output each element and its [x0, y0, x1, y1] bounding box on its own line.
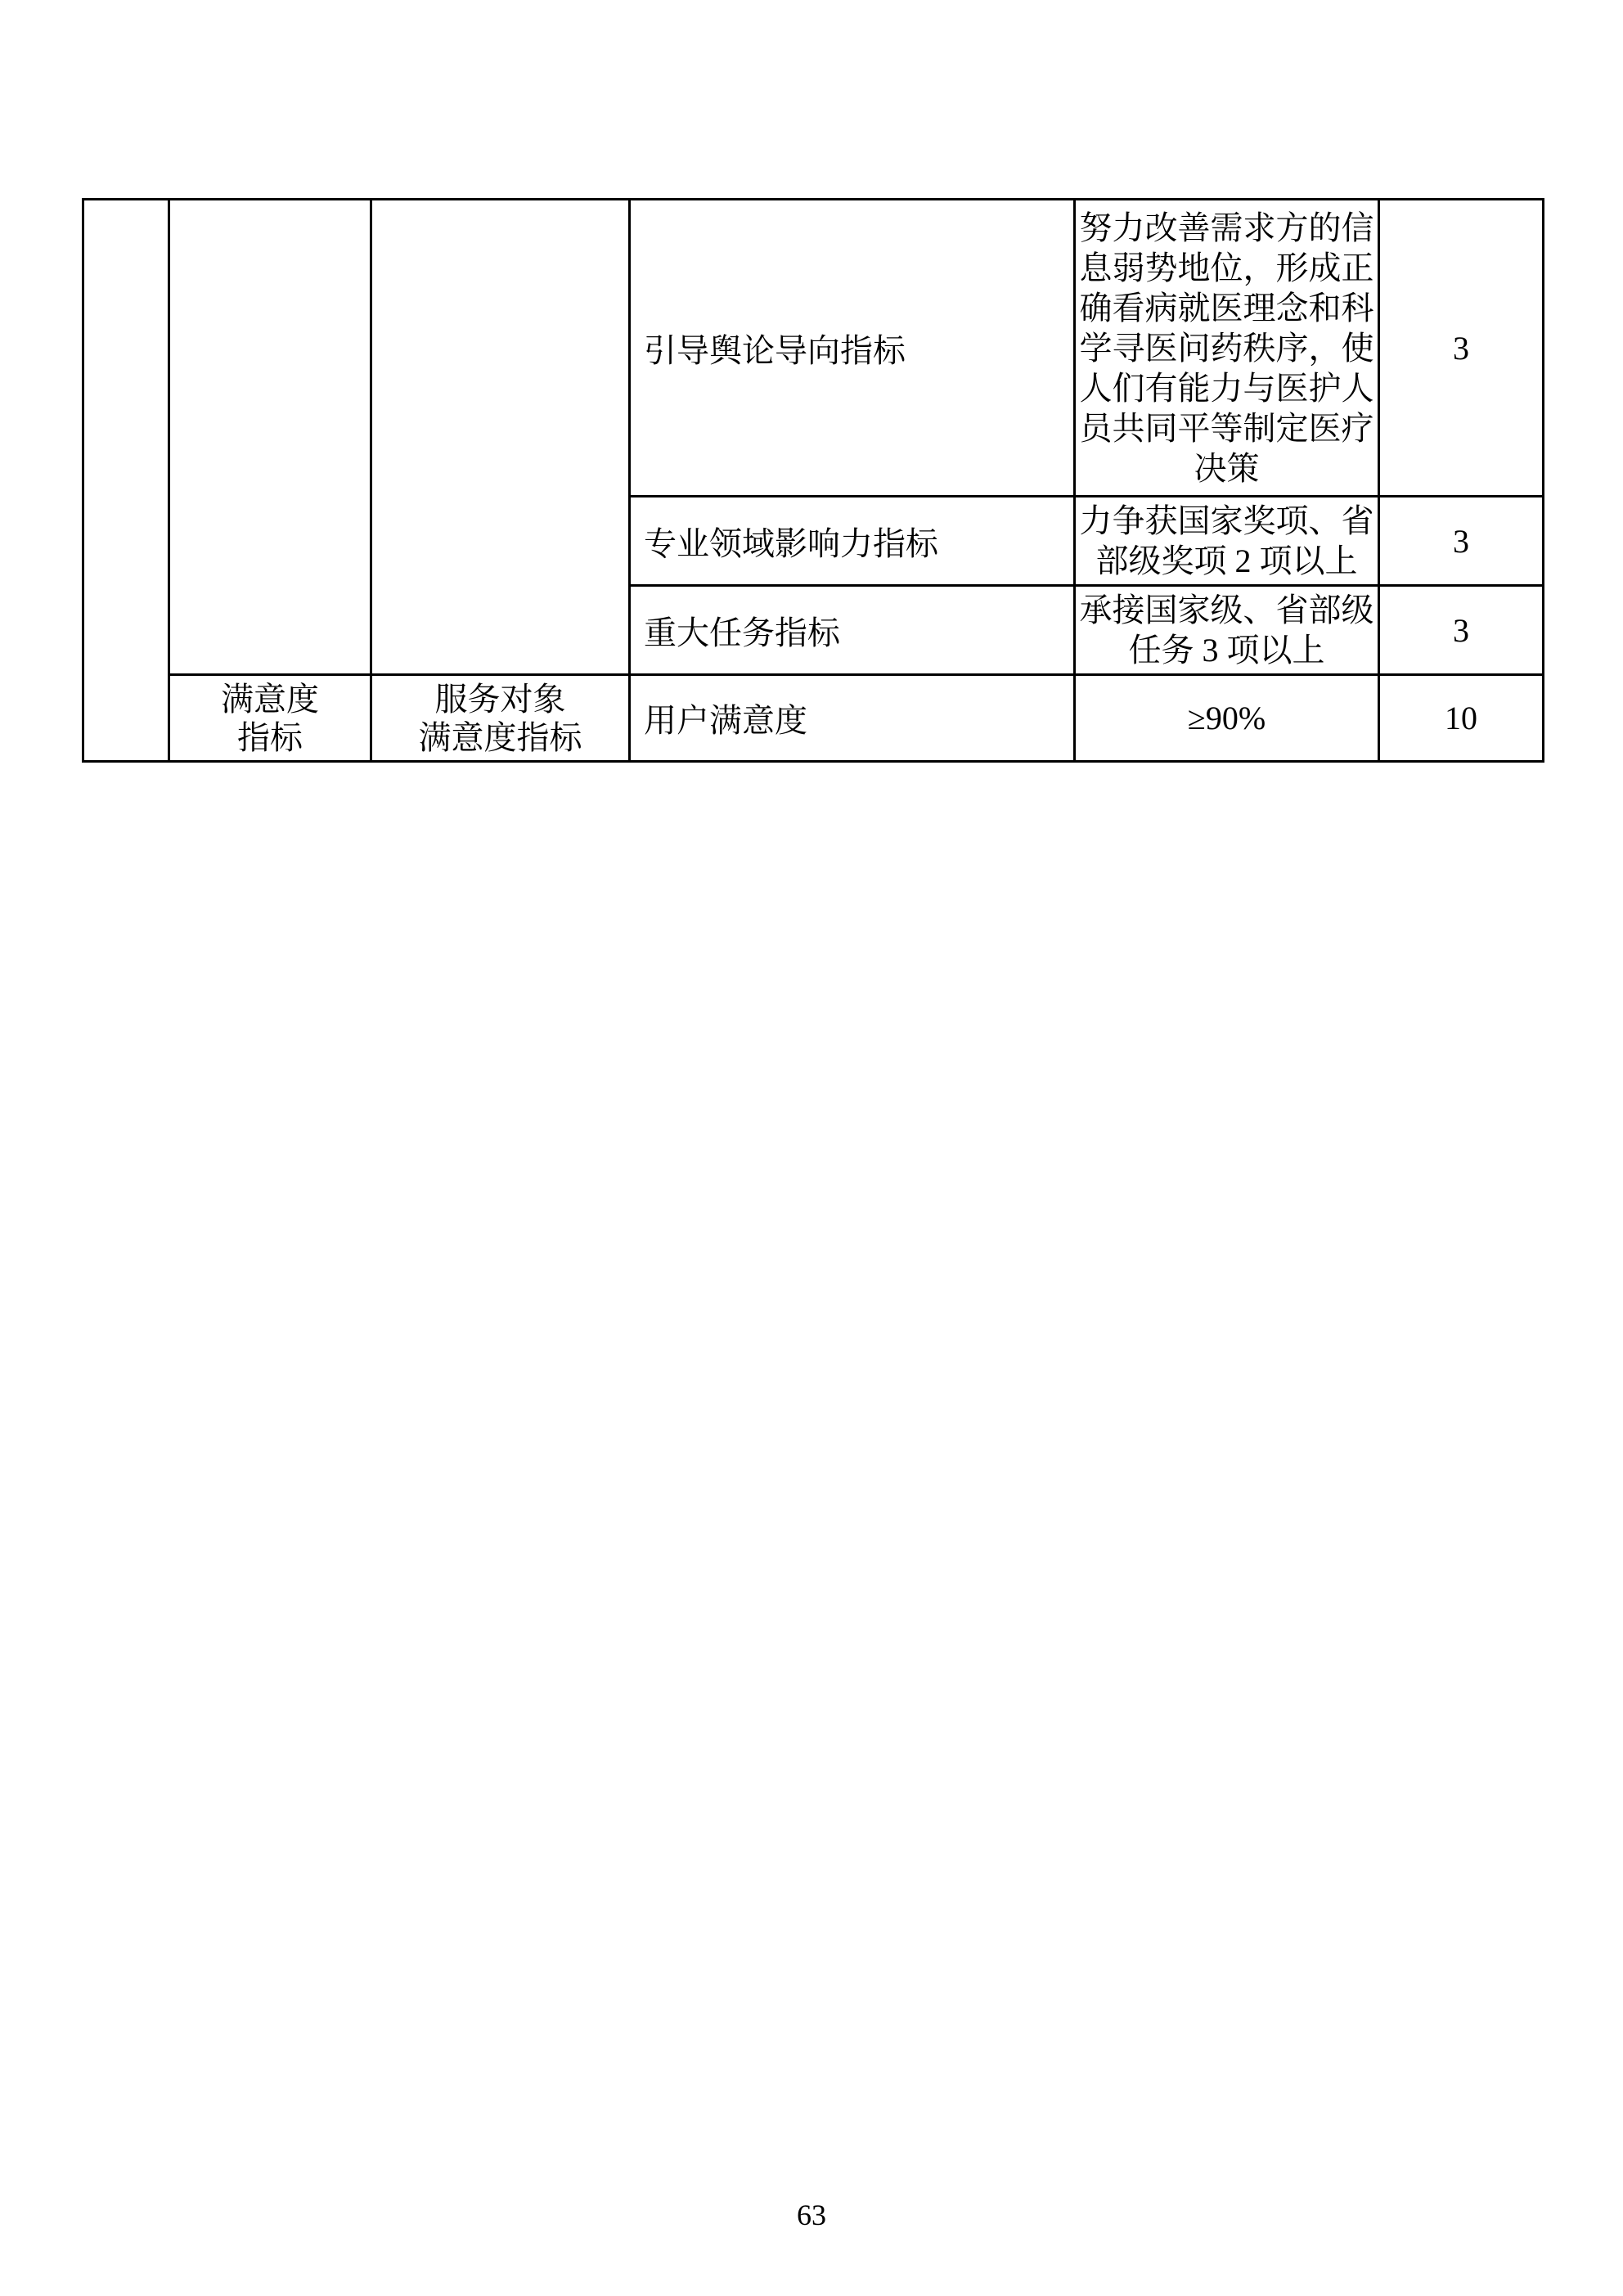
empty-merged-cell-col1 — [84, 200, 170, 763]
indicator-name-cell: 用户满意度 — [631, 676, 1076, 763]
indicator-name-cell: 重大任务指标 — [631, 587, 1076, 676]
category-cell: 满意度 指标 — [170, 676, 372, 763]
empty-merged-cell-col2 — [170, 200, 372, 676]
indicator-score-cell: 3 — [1380, 200, 1544, 497]
subcategory-cell: 服务对象 满意度指标 — [372, 676, 631, 763]
indicator-score-cell: 10 — [1380, 676, 1544, 763]
performance-indicator-table: 引导舆论导向指标 努力改善需求方的信 息弱势地位，形成正 确看病就医理念和科 学… — [82, 198, 1544, 763]
page-number: 63 — [0, 2198, 1623, 2232]
indicator-target-cell: 承接国家级、省部级 任务 3 项以上 — [1076, 587, 1380, 676]
empty-merged-cell-col3 — [372, 200, 631, 676]
indicator-score-cell: 3 — [1380, 587, 1544, 676]
indicator-target-cell: 努力改善需求方的信 息弱势地位，形成正 确看病就医理念和科 学寻医问药秩序，使 … — [1076, 200, 1380, 497]
indicator-target-cell: ≥90% — [1076, 676, 1380, 763]
indicator-name-cell: 引导舆论导向指标 — [631, 200, 1076, 497]
indicator-score-cell: 3 — [1380, 497, 1544, 587]
indicator-target-cell: 力争获国家奖项、省 部级奖项 2 项以上 — [1076, 497, 1380, 587]
indicator-name-cell: 专业领域影响力指标 — [631, 497, 1076, 587]
